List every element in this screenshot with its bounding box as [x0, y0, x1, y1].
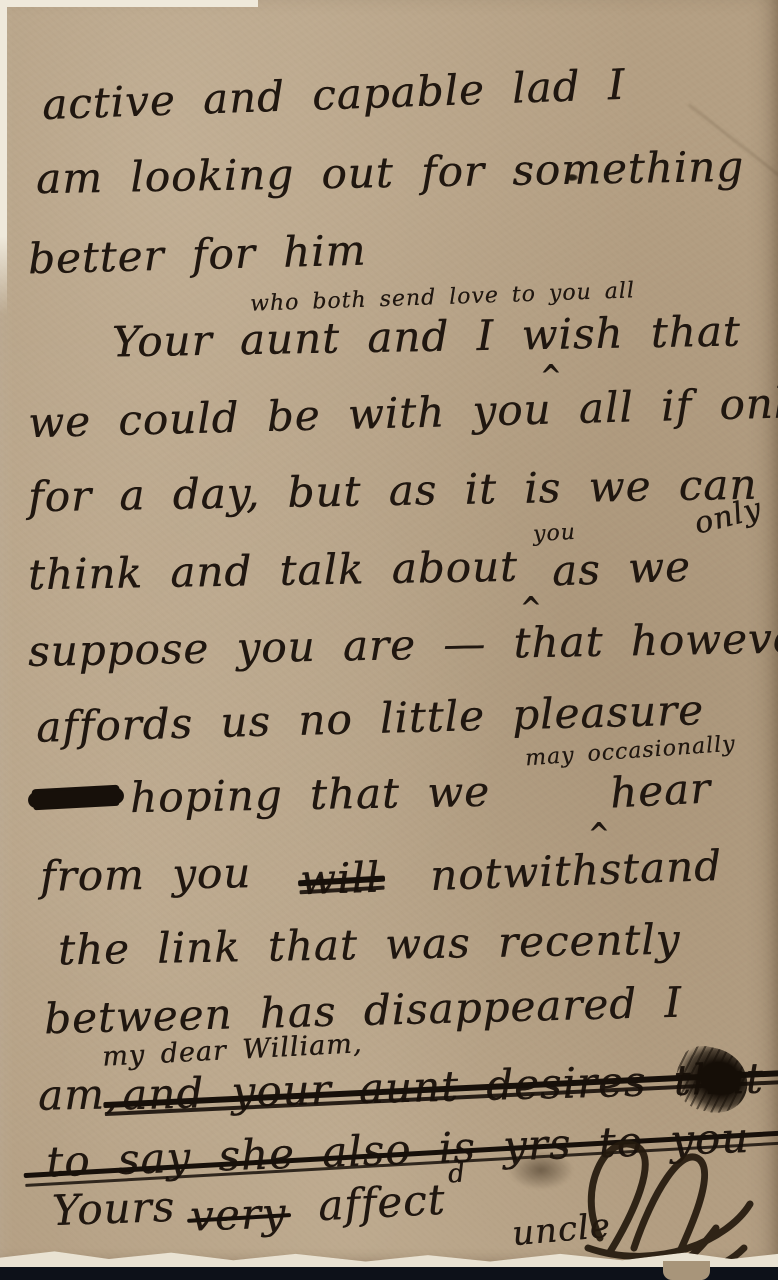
- letter-line-12: the link that was recently: [58, 917, 681, 974]
- scribbled-out-word: [28, 787, 125, 808]
- letter-line-2: am looking out for something: [36, 144, 745, 203]
- ink-blot: [670, 1041, 754, 1119]
- torn-paper-tab: [663, 1261, 710, 1280]
- struck-text: will: [299, 855, 381, 904]
- scan-edge-top: [0, 0, 258, 7]
- scanner-strip-bottom-left: [0, 1267, 672, 1280]
- letter-line-1: active and capable lad I: [41, 62, 626, 129]
- letter-line-11b: notwithstand: [429, 843, 722, 899]
- letter-line-16-superscript-d: d: [447, 1159, 467, 1189]
- letter-line-5: we could be with you all if only: [28, 380, 778, 447]
- letter-line-14a: am,: [38, 1071, 120, 1119]
- letter-scan: active and capable lad I am looking out …: [0, 0, 778, 1280]
- letter-line-16-struck-word: very: [189, 1190, 287, 1240]
- letter-line-7b: as we: [551, 544, 691, 595]
- letter-line-10b: hear: [609, 765, 712, 816]
- letter-line-6: for a day, but as it is we can: [28, 462, 758, 521]
- scanner-strip-bottom-right: [702, 1267, 778, 1280]
- letter-line-7a: think and talk about: [28, 544, 519, 599]
- letter-line-11-struck-word: will: [299, 855, 381, 904]
- letter-line-8: suppose you are — that however: [28, 615, 778, 675]
- letter-line-16-yours: Yours: [51, 1184, 176, 1234]
- letter-line-11a: from you: [40, 850, 252, 900]
- signature-flourish: [548, 1120, 758, 1270]
- letter-line-10a: hoping that we: [130, 769, 491, 821]
- letter-line-13: between has disappeared I: [44, 980, 683, 1043]
- scan-edge-left: [0, 0, 7, 315]
- struck-text: very: [189, 1190, 287, 1240]
- interline-insertion-you: you: [532, 521, 576, 547]
- paper-sheet: active and capable lad I am looking out …: [0, 0, 778, 1264]
- letter-line-4: Your aunt and I wish that: [112, 309, 741, 366]
- letter-line-3: better for him: [27, 228, 366, 283]
- letter-line-16-affect: affect: [317, 1177, 447, 1230]
